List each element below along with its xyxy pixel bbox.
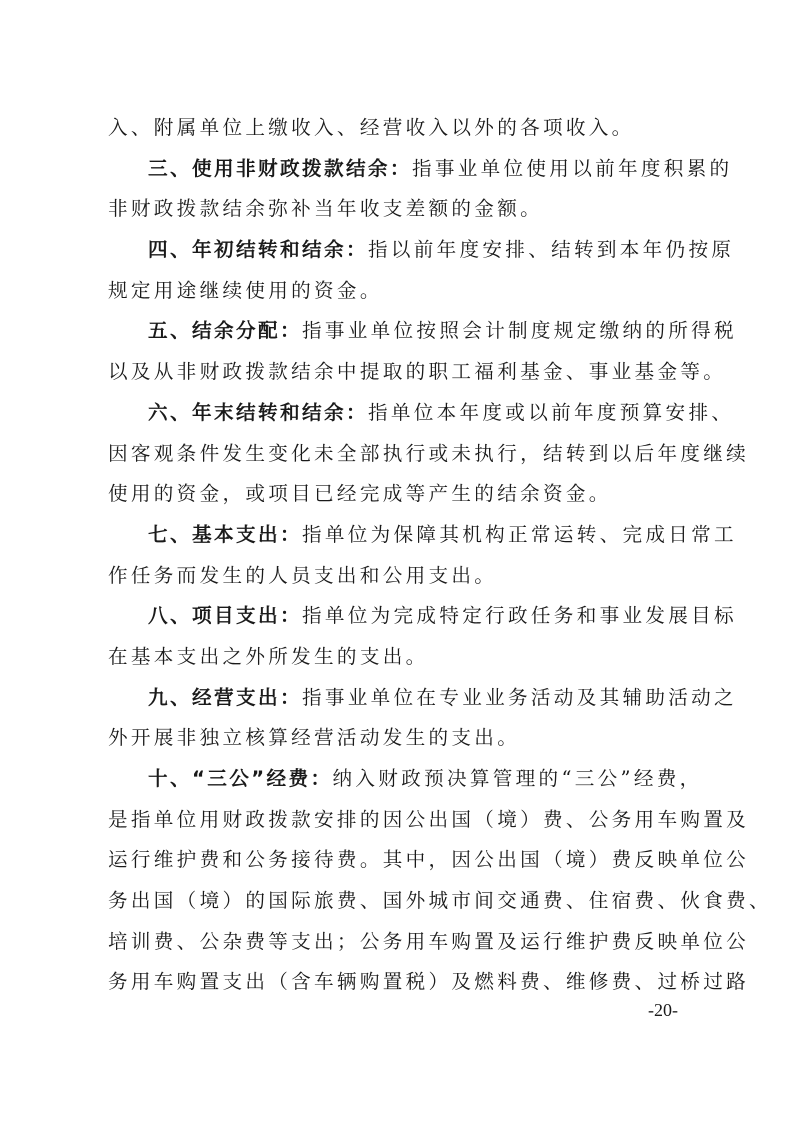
definition-text: 纳入财政预决算管理的“三公”经费， <box>333 767 703 790</box>
text-line: 在基本支出之外所发生的支出。 <box>108 637 692 678</box>
text-line: 务出国（境）的国际旅费、国外城市间交通费、住宿费、伙食费、 <box>108 881 692 922</box>
document-page: 入、附属单位上缴收入、经营收入以外的各项收入。 三、使用非财政拨款结余：指事业单… <box>108 108 692 1003</box>
paragraph-start-line: 四、年初结转和结余：指以前年度安排、结转到本年仍按原 <box>108 230 692 271</box>
term-heading: 三、使用非财政拨款结余： <box>148 157 412 180</box>
line-text: 非财政拨款结余弥补当年收支差额的金额。 <box>108 197 543 220</box>
line-text: 以及从非财政拨款结余中提取的职工福利基金、事业基金等。 <box>108 360 726 383</box>
text-line: 非财政拨款结余弥补当年收支差额的金额。 <box>108 189 692 230</box>
text-line: 作任务而发生的人员支出和公用支出。 <box>108 556 692 597</box>
term-heading: 九、经营支出： <box>148 686 302 709</box>
term-heading: 七、基本支出： <box>148 523 302 546</box>
definition-text: 指单位为完成特定行政任务和事业发展目标 <box>302 604 737 627</box>
line-text: 规定用途继续使用的资金。 <box>108 279 383 302</box>
text-line: 务用车购置支出（含车辆购置税）及燃料费、维修费、过桥过路 <box>108 962 692 1003</box>
text-line: 运行维护费和公务接待费。其中，因公出国（境）费反映单位公 <box>108 840 692 881</box>
definition-text: 指单位本年度或以前年度预算安排、 <box>368 401 734 424</box>
line-text: 使用的资金，或项目已经完成等产生的结余资金。 <box>108 482 612 505</box>
text-line: 是指单位用财政拨款安排的因公出国（境）费、公务用车购置及 <box>108 800 692 841</box>
line-text: 运行维护费和公务接待费。其中，因公出国（境）费反映单位公 <box>108 848 749 871</box>
paragraph-start-line: 八、项目支出：指单位为完成特定行政任务和事业发展目标 <box>108 596 692 637</box>
paragraph-start-line: 六、年末结转和结余：指单位本年度或以前年度预算安排、 <box>108 393 692 434</box>
term-heading: 四、年初结转和结余： <box>148 238 368 261</box>
line-text: 是指单位用财政拨款安排的因公出国（境）费、公务用车购置及 <box>108 808 749 831</box>
paragraph-start-line: 三、使用非财政拨款结余：指事业单位使用以前年度积累的 <box>108 149 692 190</box>
text-line: 规定用途继续使用的资金。 <box>108 271 692 312</box>
line-text: 入、附属单位上缴收入、经营收入以外的各项收入。 <box>108 116 635 139</box>
text-line: 因客观条件发生变化未全部执行或未执行，结转到以后年度继续 <box>108 434 692 475</box>
paragraph-start-line: 五、结余分配：指事业单位按照会计制度规定缴纳的所得税 <box>108 311 692 352</box>
text-line: 入、附属单位上缴收入、经营收入以外的各项收入。 <box>108 108 692 149</box>
text-line: 培训费、公杂费等支出；公务用车购置及运行维护费反映单位公 <box>108 922 692 963</box>
definition-text: 指以前年度安排、结转到本年仍按原 <box>368 238 734 261</box>
line-text: 务用车购置支出（含车辆购置税）及燃料费、维修费、过桥过路 <box>108 970 749 993</box>
text-line: 以及从非财政拨款结余中提取的职工福利基金、事业基金等。 <box>108 352 692 393</box>
page-number: -20- <box>648 1000 678 1021</box>
line-text: 外开展非独立核算经营活动发生的支出。 <box>108 726 520 749</box>
text-line: 使用的资金，或项目已经完成等产生的结余资金。 <box>108 474 692 515</box>
line-text: 在基本支出之外所发生的支出。 <box>108 645 429 668</box>
line-text: 因客观条件发生变化未全部执行或未执行，结转到以后年度继续 <box>108 442 749 465</box>
line-text: 作任务而发生的人员支出和公用支出。 <box>108 564 497 587</box>
definition-text: 指单位为保障其机构正常运转、完成日常工 <box>302 523 737 546</box>
definition-text: 指事业单位使用以前年度积累的 <box>412 157 733 180</box>
term-heading: 八、项目支出： <box>148 604 302 627</box>
term-heading: 六、年末结转和结余： <box>148 401 368 424</box>
term-heading: 十、“三公”经费： <box>148 767 333 790</box>
line-text: 培训费、公杂费等支出；公务用车购置及运行维护费反映单位公 <box>108 930 749 953</box>
line-text: 务出国（境）的国际旅费、国外城市间交通费、住宿费、伙食费、 <box>108 889 772 912</box>
definition-text: 指事业单位按照会计制度规定缴纳的所得税 <box>302 319 737 342</box>
text-line: 外开展非独立核算经营活动发生的支出。 <box>108 718 692 759</box>
paragraph-start-line: 十、“三公”经费：纳入财政预决算管理的“三公”经费， <box>108 759 692 800</box>
definition-text: 指事业单位在专业业务活动及其辅助活动之 <box>302 686 737 709</box>
term-heading: 五、结余分配： <box>148 319 302 342</box>
paragraph-start-line: 七、基本支出：指单位为保障其机构正常运转、完成日常工 <box>108 515 692 556</box>
paragraph-start-line: 九、经营支出：指事业单位在专业业务活动及其辅助活动之 <box>108 678 692 719</box>
